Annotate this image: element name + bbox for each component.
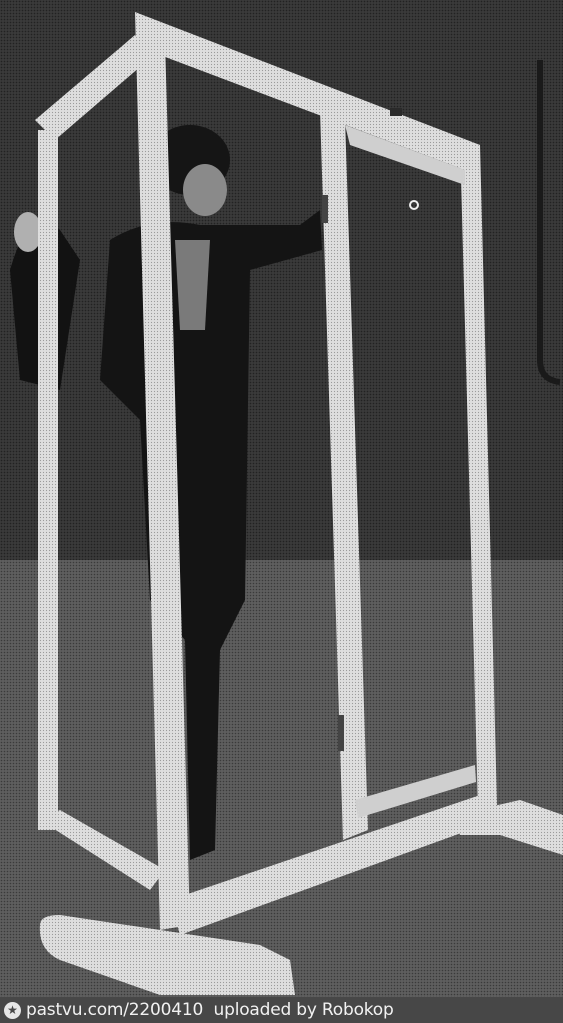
star-circle-icon: ★ bbox=[4, 1002, 21, 1019]
window-frame-scene bbox=[0, 0, 563, 997]
hinge-upper bbox=[322, 195, 328, 223]
photograph bbox=[0, 0, 563, 997]
caption-text[interactable]: pastvu.com/2200410 uploaded by Robokop bbox=[26, 1000, 394, 1020]
hinge-lower bbox=[338, 715, 344, 751]
frame-side-left-stile bbox=[38, 130, 58, 830]
latch bbox=[390, 108, 402, 116]
star-glyph: ★ bbox=[7, 1004, 18, 1016]
caption-bar: ★ pastvu.com/2200410 uploaded by Robokop bbox=[0, 997, 563, 1023]
